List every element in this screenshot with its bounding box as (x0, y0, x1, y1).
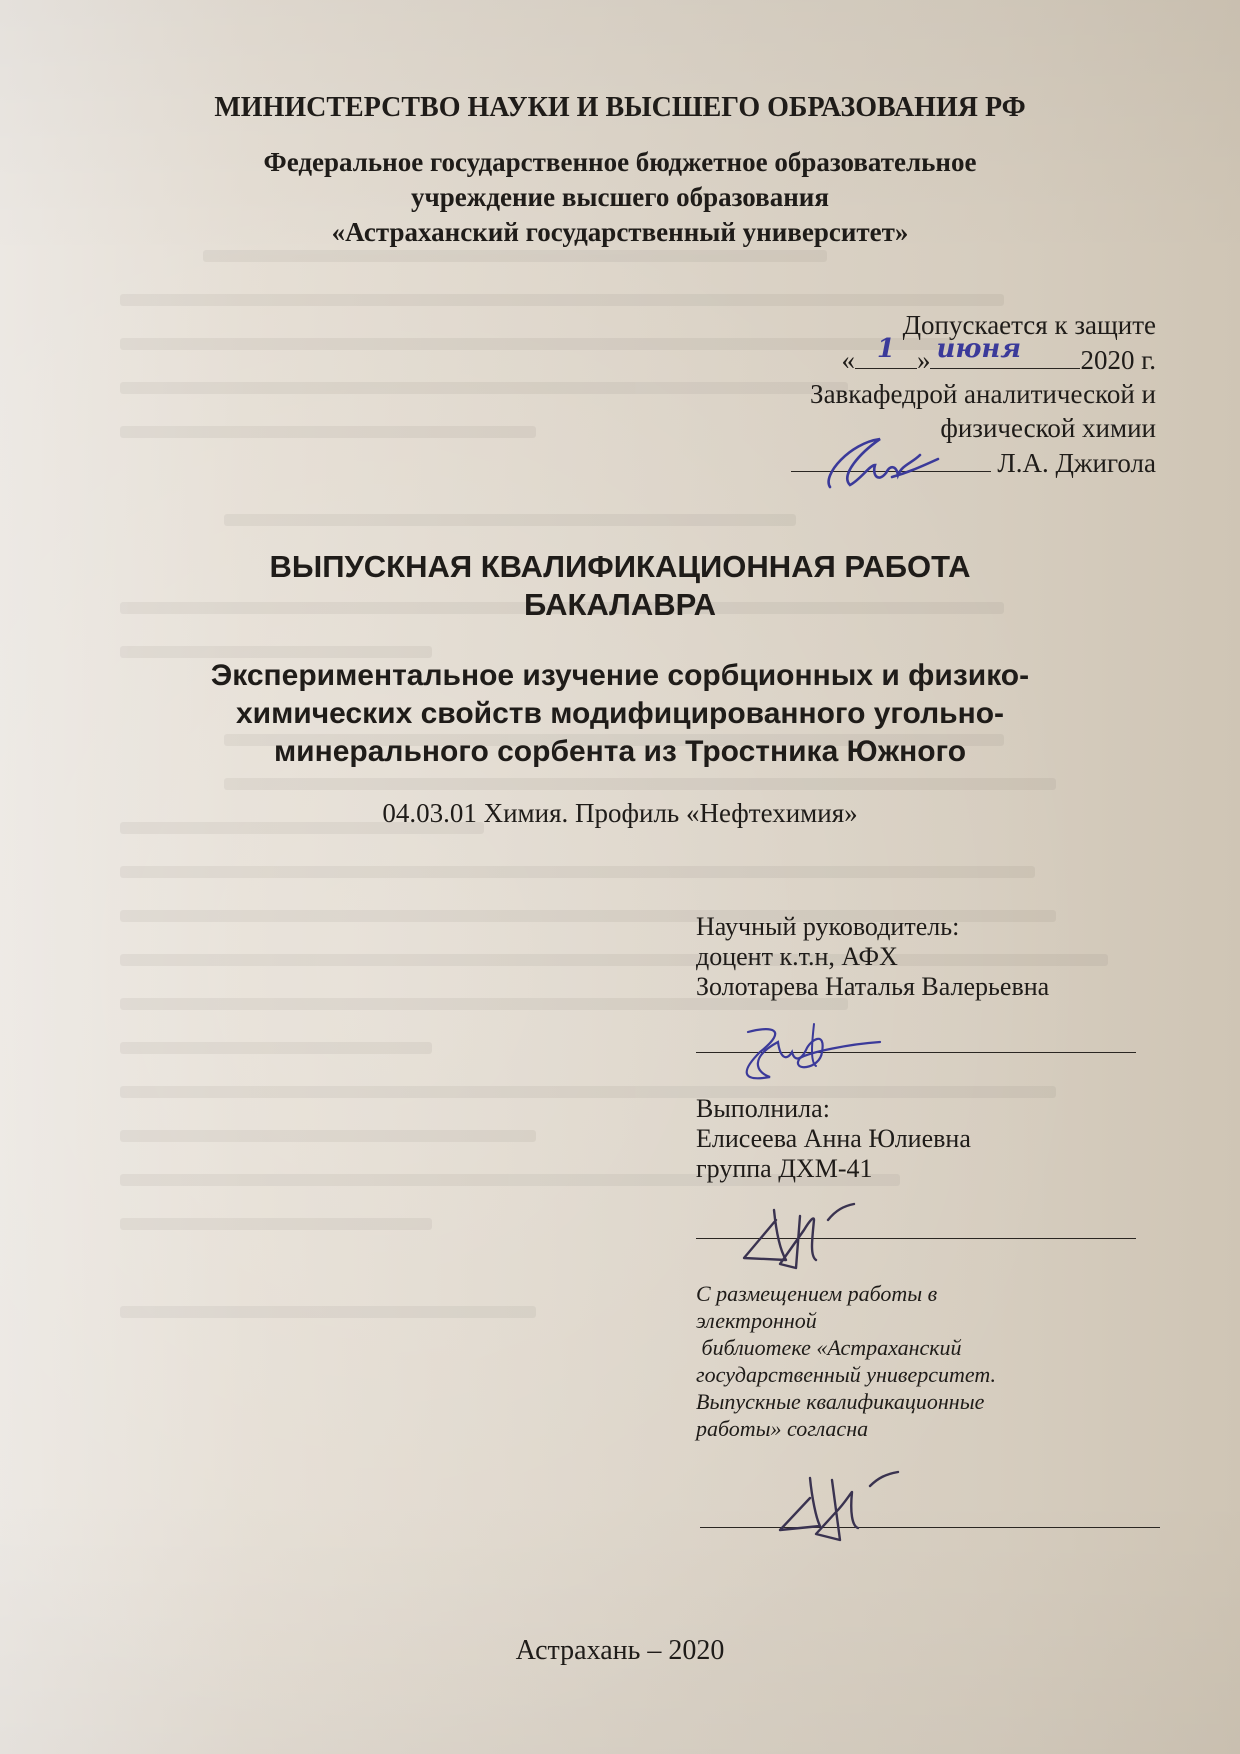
city-year: Астрахань – 2020 (0, 1635, 1240, 1667)
program-profile: 04.03.01 Химия. Профиль «Нефтехимия» (0, 798, 1240, 829)
approval-date: «1»июня2020 г. (656, 342, 1156, 377)
consent-line: электронной (696, 1307, 1056, 1334)
consent-line: работы» согласна (696, 1415, 1056, 1442)
institution-line: Федеральное государственное бюджетное об… (0, 145, 1240, 180)
student-group: группа ДХМ-41 (696, 1154, 971, 1184)
date-month-field: июня (930, 342, 1080, 369)
institution-line: учреждение высшего образования (0, 180, 1240, 215)
thesis-subject: Экспериментальное изучение сорбционных и… (0, 657, 1240, 771)
consent-line: библиотеке «Астраханский (696, 1334, 1056, 1361)
ministry-heading: МИНИСТЕРСТВО НАУКИ И ВЫСШЕГО ОБРАЗОВАНИЯ… (0, 92, 1240, 124)
subject-line: минерального сорбента из Тростника Южног… (0, 733, 1240, 771)
supervisor-name: Золотарева Наталья Валерьевна (696, 972, 1049, 1002)
consent-line: С размещением работы в (696, 1280, 1056, 1307)
institution-line: «Астраханский государственный университе… (0, 215, 1240, 250)
handwritten-month: июня (930, 332, 1080, 366)
consent-signature-icon (780, 1468, 940, 1558)
consent-statement: С размещением работы в электронной библи… (696, 1280, 1056, 1442)
student-signature-icon (740, 1200, 890, 1275)
head-signature-icon (820, 435, 950, 495)
student-name: Елисеева Анна Юлиевна (696, 1124, 971, 1154)
head-name: Л.А. Джигола (997, 448, 1156, 478)
work-type-title: ВЫПУСКНАЯ КВАЛИФИКАЦИОННАЯ РАБОТА БАКАЛА… (0, 548, 1240, 624)
paper-shading (0, 0, 1240, 1754)
title-line: ВЫПУСКНАЯ КВАЛИФИКАЦИОННАЯ РАБОТА (0, 548, 1240, 586)
student-label: Выполнила: (696, 1094, 971, 1124)
title-page: МИНИСТЕРСТВО НАУКИ И ВЫСШЕГО ОБРАЗОВАНИЯ… (0, 0, 1240, 1754)
date-year: 2020 г. (1080, 345, 1156, 375)
consent-line: Выпускные квалификационные (696, 1388, 1056, 1415)
supervisor-label: Научный руководитель: (696, 912, 1049, 942)
institution-name: Федеральное государственное бюджетное об… (0, 145, 1240, 250)
handwritten-day: 1 (855, 332, 917, 366)
head-of-department-line1: Завкафедрой аналитической и (656, 377, 1156, 411)
subject-line: химических свойств модифицированного уго… (0, 695, 1240, 733)
date-day-field: 1 (855, 342, 917, 369)
supervisor-block: Научный руководитель: доцент к.т.н, АФХ … (696, 912, 1049, 1002)
subject-line: Экспериментальное изучение сорбционных и… (0, 657, 1240, 695)
title-line: БАКАЛАВРА (0, 586, 1240, 624)
supervisor-position: доцент к.т.н, АФХ (696, 942, 1049, 972)
supervisor-signature-icon (730, 1022, 890, 1092)
student-block: Выполнила: Елисеева Анна Юлиевна группа … (696, 1094, 971, 1184)
consent-line: государственный университет. (696, 1361, 1056, 1388)
